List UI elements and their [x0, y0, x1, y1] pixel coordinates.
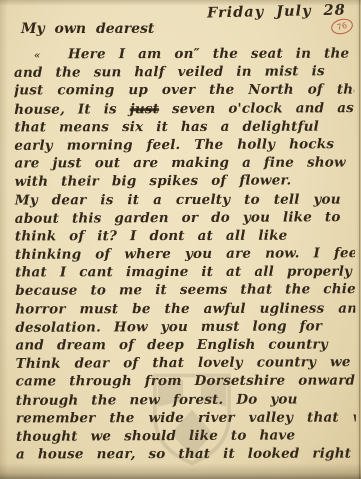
- salutation: My own dearest: [21, 21, 154, 37]
- letter-line: that means six it has a delightful: [14, 118, 354, 137]
- letter-line: My dear is it a cruelty to tell you: [15, 191, 355, 210]
- letter-line: and the sun half veiled in mist is: [14, 63, 354, 83]
- letter-line: early morning feel. The holly hocks: [14, 136, 354, 156]
- letter-line: a house near, so that it looked right: [16, 446, 356, 465]
- letter-line: thinking of where you are now. I feel: [15, 245, 355, 265]
- letter-line: that I cant imagine it at all properly: [15, 264, 355, 283]
- letter-line: thought we should like to have: [16, 427, 356, 447]
- letter-line: think of it? I dont at all like: [15, 227, 355, 246]
- letter-line: house, It is just seven o'clock and as: [14, 100, 354, 120]
- letter-line: and dream of deep English country: [15, 337, 355, 356]
- letter-line: horror must be the awful ugliness and: [15, 300, 355, 319]
- letter-line: remember the wide river valley that we: [16, 409, 356, 428]
- letter-line: with their big spikes of flower.: [15, 172, 355, 192]
- letter-body: «Here I am on″ the seat in the circleand…: [14, 45, 356, 472]
- page-number-stamp: 76: [330, 17, 355, 37]
- letter-line: came through from Dorsetshire onward: [16, 373, 356, 392]
- page-edge-shadow: [359, 0, 360, 479]
- letter-line: «Here I am on″ the seat in the circle: [14, 46, 354, 65]
- crossed-out-word: just: [130, 101, 159, 117]
- letter-line: because to me it seems that the chief: [15, 282, 355, 302]
- letter-line: are just out are making a fine show: [14, 155, 354, 174]
- letter-line: desolation. How you must long for: [15, 318, 355, 338]
- letter-date: Friday July 28: [207, 2, 346, 22]
- letter-line: through the new forest. Do you: [16, 391, 356, 411]
- margin-mark: «: [34, 50, 68, 61]
- letter-line: Think dear of that lovely country we: [16, 354, 356, 374]
- letter-page: Friday July 28 76 My own dearest «Here I…: [0, 0, 361, 479]
- letter-line: about this garden or do you like to: [15, 209, 355, 229]
- letter-line: just coming up over the North of the: [14, 82, 354, 101]
